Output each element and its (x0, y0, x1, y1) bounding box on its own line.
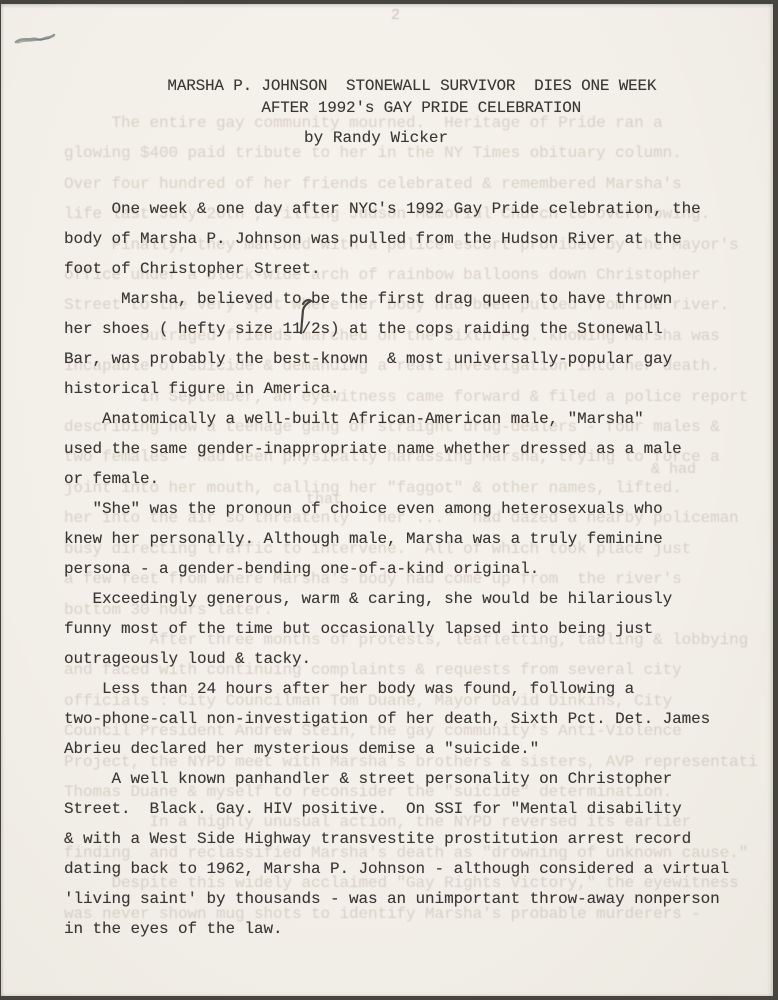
scanned-document: 2 The entire gay community mourned. Heri… (0, 0, 778, 1000)
pen-insertion-mark (292, 298, 314, 336)
ghost-page-number: 2 (391, 7, 400, 24)
paper-page: 2 The entire gay community mourned. Heri… (1, 4, 773, 996)
article-byline: by Randy Wicker (64, 127, 448, 149)
article-title: MARSHA P. JOHNSON STONEWALL SURVIVOR DIE… (64, 75, 656, 119)
article-body: One week & one day after NYC's 1992 Gay … (64, 194, 729, 944)
pen-squiggle-mark (14, 31, 56, 48)
